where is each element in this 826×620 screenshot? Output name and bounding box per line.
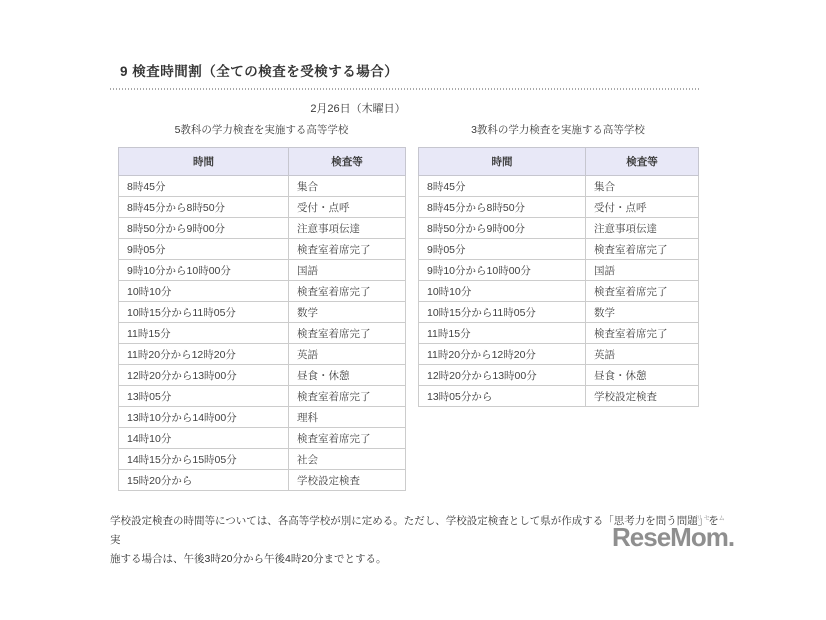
five-subject-schedule-block: 5教科の学力検査を実施する高等学校 時間 検査等 8時45分集合8時45分から8… [118,122,405,491]
table-row: 10時10分検査室着席完了 [419,281,699,302]
exam-column-header: 検査等 [586,148,699,176]
time-cell: 8時45分 [119,176,289,197]
table-row: 14時10分検査室着席完了 [119,428,406,449]
time-cell: 8時45分から8時50分 [419,197,586,218]
table-row: 13時10分から14時00分理科 [119,407,406,428]
table-row: 12時20分から13時00分昼食・休憩 [419,365,699,386]
exam-cell: 注意事項伝達 [586,218,699,239]
time-cell: 11時20分から12時20分 [419,344,586,365]
three-subject-schedule-block: 3教科の学力検査を実施する高等学校 時間 検査等 8時45分集合8時45分から8… [418,122,698,407]
exam-cell: 理科 [289,407,406,428]
table-row: 9時10分から10時00分国語 [419,260,699,281]
resemom-logo-text: ReseMom. [612,522,734,552]
table-row: 11時15分検査室着席完了 [119,323,406,344]
section-title: 9 検査時間割（全ての検査を受検する場合） [120,60,398,80]
time-cell: 9時10分から10時00分 [119,260,289,281]
time-cell: 13時05分から [419,386,586,407]
table-row: 11時20分から12時20分英語 [119,344,406,365]
exam-cell: 英語 [289,344,406,365]
time-cell: 8時50分から9時00分 [419,218,586,239]
header-row: 時間 検査等 [419,148,699,176]
article-page: 9 検査時間割（全ての検査を受検する場合） 2月26日（木曜日） 5教科の学力検… [0,0,826,620]
table-row: 9時05分検査室着席完了 [119,239,406,260]
five-subject-schedule-table: 時間 検査等 8時45分集合8時45分から8時50分受付・点呼8時50分から9時… [118,147,406,491]
table-row: 12時20分から13時00分昼食・休憩 [119,365,406,386]
exam-cell: 検査室着席完了 [586,239,699,260]
exam-cell: 学校設定検査 [289,470,406,491]
three-subject-schedule-table: 時間 検査等 8時45分集合8時45分から8時50分受付・点呼8時50分から9時… [418,147,699,407]
table-row: 8時45分から8時50分受付・点呼 [419,197,699,218]
exam-cell: 検査室着席完了 [586,323,699,344]
table-row: 11時15分検査室着席完了 [419,323,699,344]
time-cell: 14時15分から15時05分 [119,449,289,470]
time-cell: 8時45分から8時50分 [119,197,289,218]
table-row: 8時45分集合 [119,176,406,197]
time-cell: 9時05分 [119,239,289,260]
table-row: 8時45分から8時50分受付・点呼 [119,197,406,218]
exam-cell: 検査室着席完了 [289,281,406,302]
table-row: 8時45分集合 [419,176,699,197]
time-cell: 11時15分 [419,323,586,344]
time-cell: 13時10分から14時00分 [119,407,289,428]
exam-cell: 数学 [289,302,406,323]
exam-cell: 検査室着席完了 [289,323,406,344]
table-row: 14時15分から15時05分社会 [119,449,406,470]
table-row: 15時20分から学校設定検査 [119,470,406,491]
time-cell: 10時15分から11時05分 [119,302,289,323]
table-row: 11時20分から12時20分英語 [419,344,699,365]
table-row: 10時10分検査室着席完了 [119,281,406,302]
time-cell: 10時10分 [419,281,586,302]
five-subject-table-caption: 5教科の学力検査を実施する高等学校 [118,122,405,137]
table-row: 9時10分から10時00分国語 [119,260,406,281]
time-cell: 15時20分から [119,470,289,491]
table-row: 13時05分検査室着席完了 [119,386,406,407]
table-row: 10時15分から11時05分数学 [119,302,406,323]
exam-cell: 検査室着席完了 [289,428,406,449]
exam-cell: 注意事項伝達 [289,218,406,239]
exam-cell: 数学 [586,302,699,323]
exam-cell: 集合 [289,176,406,197]
exam-cell: 学校設定検査 [586,386,699,407]
exam-cell: 検査室着席完了 [289,386,406,407]
footnote-line-2: 施する場合は、午後3時20分から午後4時20分までとする。 [110,550,722,569]
exam-cell: 国語 [586,260,699,281]
time-cell: 12時20分から13時00分 [119,365,289,386]
time-cell: 9時10分から10時00分 [419,260,586,281]
exam-date: 2月26日（木曜日） [110,100,606,116]
three-subject-table-caption: 3教科の学力検査を実施する高等学校 [418,122,698,137]
exam-cell: 社会 [289,449,406,470]
exam-cell: 受付・点呼 [586,197,699,218]
time-cell: 14時10分 [119,428,289,449]
exam-cell: 国語 [289,260,406,281]
table-row: 8時50分から9時00分注意事項伝達 [419,218,699,239]
exam-cell: 英語 [586,344,699,365]
time-cell: 13時05分 [119,386,289,407]
exam-cell: 検査室着席完了 [586,281,699,302]
table-row: 9時05分検査室着席完了 [419,239,699,260]
time-cell: 8時50分から9時00分 [119,218,289,239]
exam-cell: 受付・点呼 [289,197,406,218]
time-cell: 8時45分 [419,176,586,197]
dotted-divider [110,88,700,90]
time-column-header: 時間 [119,148,289,176]
time-cell: 10時10分 [119,281,289,302]
header-row: 時間 検査等 [119,148,406,176]
time-column-header: 時間 [419,148,586,176]
table-row: 8時50分から9時00分注意事項伝達 [119,218,406,239]
exam-cell: 集合 [586,176,699,197]
table-row: 13時05分から学校設定検査 [419,386,699,407]
time-cell: 9時05分 [419,239,586,260]
time-cell: 10時15分から11時05分 [419,302,586,323]
time-cell: 11時20分から12時20分 [119,344,289,365]
exam-cell: 検査室着席完了 [289,239,406,260]
time-cell: 11時15分 [119,323,289,344]
exam-cell: 昼食・休憩 [289,365,406,386]
resemom-logo: リセマム ReseMom. [612,516,734,550]
exam-column-header: 検査等 [289,148,406,176]
exam-cell: 昼食・休憩 [586,365,699,386]
table-row: 10時15分から11時05分数学 [419,302,699,323]
time-cell: 12時20分から13時00分 [419,365,586,386]
